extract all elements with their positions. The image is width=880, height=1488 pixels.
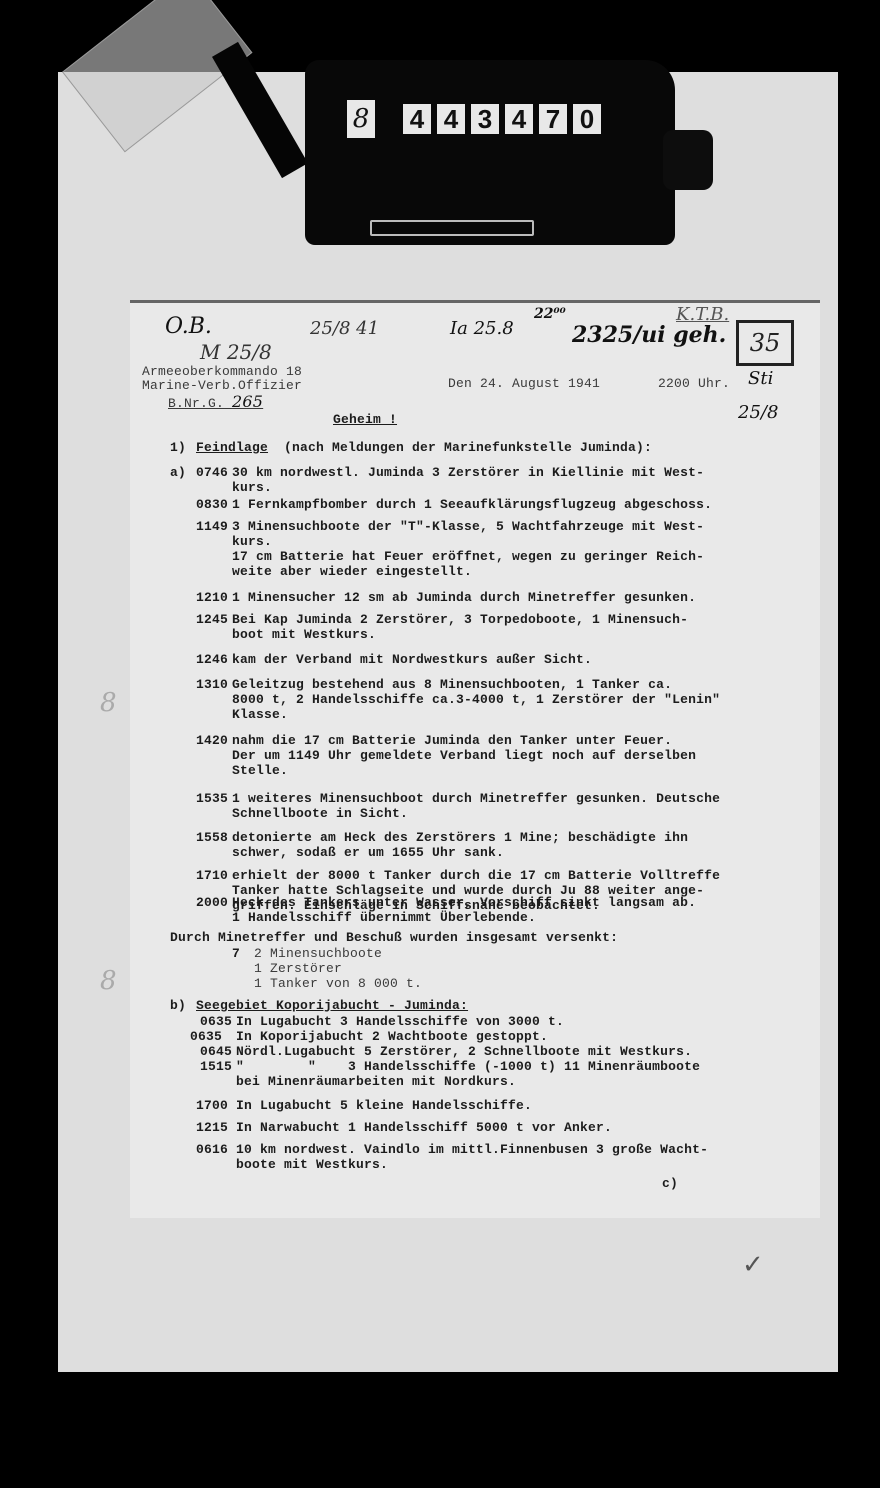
entry-time: 0645 [200, 1044, 232, 1059]
header-line-2: Marine-Verb.Offizier [142, 378, 302, 393]
document-date: Den 24. August 1941 [448, 376, 600, 391]
entry-text-line: Geleitzug bestehend aus 8 Minensuchboote… [232, 677, 672, 692]
annotation-initials-left: M 25/8 [200, 340, 272, 364]
entry-text-line: Schnellboote in Sicht. [232, 806, 408, 821]
entry-time: 2000 [196, 895, 228, 910]
entry-time: 1149 [196, 519, 228, 534]
entry-text-line: weite aber wieder eingestellt. [232, 564, 472, 579]
checkmark-icon: ✓ [742, 1250, 764, 1280]
entry-time: 0635 [190, 1029, 222, 1044]
entry-time: 1215 [196, 1120, 228, 1135]
subsection-a-label: a) [170, 465, 186, 480]
entry-text-line: 17 cm Batterie hat Feuer eröffnet, wegen… [232, 549, 704, 564]
annotation-right-date: 25/8 [738, 402, 778, 423]
entry-text-line: In Koporijabucht 2 Wachtboote gestoppt. [236, 1029, 548, 1044]
entry-text-line: boote mit Westkurs. [236, 1157, 388, 1172]
entry-time: 1310 [196, 677, 228, 692]
subsection-c-label: c) [662, 1176, 678, 1191]
subsection-b-heading: Seegebiet Koporijabucht - Juminda: [196, 998, 468, 1013]
entry-text-line: 1 Handelsschiff übernimmt Überlebende. [232, 910, 536, 925]
annotation-ktb: K.T.B. [676, 304, 729, 325]
page-number: 35 [750, 329, 781, 357]
entry-time: 1246 [196, 652, 228, 667]
document-time: 2200 Uhr. [658, 376, 730, 391]
margin-mark: 8 [100, 966, 117, 996]
entry-text-line: " " 3 Handelsschiffe (-1000 t) 11 Minenr… [236, 1059, 700, 1074]
summary-intro: Durch Minetreffer und Beschuß wurden ins… [170, 930, 618, 945]
margin-mark: 8 [100, 688, 117, 718]
entry-time: 0616 [196, 1142, 228, 1157]
counter-digit: 0 [573, 104, 601, 134]
counter-knob [663, 130, 713, 190]
entry-text-line: Nördl.Lugabucht 5 Zerstörer, 2 Schnellbo… [236, 1044, 692, 1059]
entry-text-line: 1 weiteres Minensuchboot durch Minetreff… [232, 791, 720, 806]
summary-item: 1 Tanker von 8 000 t. [254, 976, 422, 991]
annotation-initials-mid: 25/8 41 [310, 318, 379, 339]
entry-text-line: kurs. [232, 534, 272, 549]
entry-time: 0635 [200, 1014, 232, 1029]
counter-digit: 4 [403, 104, 431, 134]
section-number: 1) [170, 440, 186, 455]
entry-text-line: nahm die 17 cm Batterie Juminda den Tank… [232, 733, 672, 748]
counter-digit: 4 [505, 104, 533, 134]
entry-time: 1535 [196, 791, 228, 806]
frame-counter: 8 4 4 3 4 7 0 [305, 60, 675, 245]
entry-text-line: Bei Kap Juminda 2 Zerstörer, 3 Torpedobo… [232, 612, 688, 627]
entry-time: 1710 [196, 868, 228, 883]
entry-text-line: Stelle. [232, 763, 288, 778]
entry-text-line: detonierte am Heck des Zerstörers 1 Mine… [232, 830, 688, 845]
annotation-received: 2325/ui geh. [572, 322, 726, 348]
entry-text-line: 1 Fernkampfbomber durch 1 Seeaufklärungs… [232, 497, 712, 512]
entry-time: 1245 [196, 612, 228, 627]
entry-time: 1558 [196, 830, 228, 845]
entry-text-line: In Lugabucht 3 Handelsschiffe von 3000 t… [236, 1014, 564, 1029]
counter-prefix: 8 [347, 100, 375, 138]
counter-digit: 7 [539, 104, 567, 134]
annotation-ia: Ia 25.8 [450, 318, 514, 339]
annotation-time: 22⁰⁰ [534, 306, 566, 322]
entry-text-line: Klasse. [232, 707, 288, 722]
entry-text-line: 10 km nordwest. Vaindlo im mittl.Finnenb… [236, 1142, 708, 1157]
entry-text-line: Der um 1149 Uhr gemeldete Verband liegt … [232, 748, 696, 763]
entry-time: 1700 [196, 1098, 228, 1113]
classification: Geheim ! [333, 412, 397, 427]
entry-text-line: In Narwabucht 1 Handelsschiff 5000 t vor… [236, 1120, 612, 1135]
page-number-box: 35 [736, 320, 794, 366]
entry-time: 1210 [196, 590, 228, 605]
entry-time: 1420 [196, 733, 228, 748]
entry-text-line: kurs. [232, 480, 272, 495]
entry-text-line: 30 km nordwestl. Juminda 3 Zerstörer in … [232, 465, 704, 480]
entry-time: 0830 [196, 497, 228, 512]
entry-text-line: boot mit Westkurs. [232, 627, 376, 642]
summary-item: 1 Zerstörer [254, 961, 342, 976]
entry-text-line: 3 Minensuchboote der "T"-Klasse, 5 Wacht… [232, 519, 704, 534]
header-line-3: B.Nr.G. 265 [168, 392, 263, 411]
ref-prefix: B.Nr.G. [168, 396, 224, 411]
entry-text-line: kam der Verband mit Nordwestkurs außer S… [232, 652, 592, 667]
counter-slot [370, 220, 534, 236]
entry-text-line: 1 Minensucher 12 sm ab Juminda durch Min… [232, 590, 696, 605]
annotation-ob: O.B. [165, 314, 212, 339]
entry-text-line: bei Minenräumarbeiten mit Nordkurs. [236, 1074, 516, 1089]
entry-time: 1515 [200, 1059, 232, 1074]
annotation-right-initial: Sti [748, 368, 773, 389]
entry-text-line: In Lugabucht 5 kleine Handelsschiffe. [236, 1098, 532, 1113]
header-line-1: Armeeoberkommando 18 [142, 364, 302, 379]
summary-correction: 7 [232, 946, 240, 961]
entry-text-line: erhielt der 8000 t Tanker durch die 17 c… [232, 868, 720, 883]
ref-number: 265 [232, 392, 263, 411]
entry-text-line: Heck des Tankers unter Wasser, Vorschiff… [232, 895, 696, 910]
summary-item: 2 Minensuchboote [254, 946, 382, 961]
counter-digit: 3 [471, 104, 499, 134]
counter-digit: 4 [437, 104, 465, 134]
entry-time: 0746 [196, 465, 228, 480]
section-heading-source: (nach Meldungen der Marinefunkstelle Jum… [284, 440, 652, 455]
entry-text-line: 8000 t, 2 Handelsschiffe ca.3-4000 t, 1 … [232, 692, 720, 707]
section-heading: Feindlage [196, 440, 268, 455]
subsection-b-label: b) [170, 998, 186, 1013]
entry-text-line: schwer, sodaß er um 1655 Uhr sank. [232, 845, 504, 860]
